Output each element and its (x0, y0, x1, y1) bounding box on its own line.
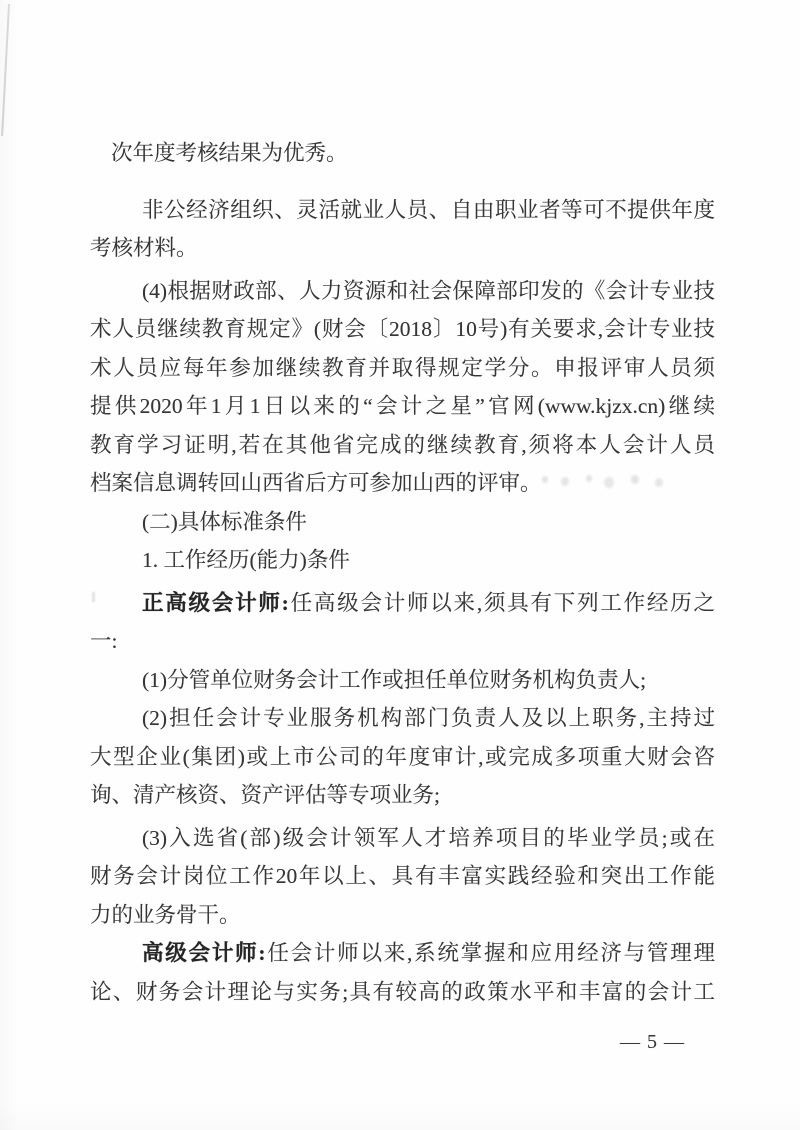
term-label-bold: 正高级会计师: (142, 591, 289, 615)
document-line: (2)担任会计专业服务机构部门负责人及以上职务,主持过 (90, 699, 715, 738)
scan-artifact-edge-line (1, 4, 9, 136)
scan-artifact-smudge (542, 476, 548, 483)
document-subsection-heading: 1. 工作经历(能力)条件 (90, 541, 715, 580)
line-text: 论、财务会计理论与实务;具有较高的政策水平和丰富的会计工 (90, 980, 715, 1004)
line-text: (3)入选省(部)级会计领军人才培养项目的毕业学员;或在 (142, 826, 715, 850)
document-line: 教育学习证明,若在其他省完成的继续教育,须将本人会计人员 (90, 426, 715, 465)
document-line: 次年度考核结果为优秀。 (90, 134, 715, 173)
document-line: 术人员应每年参加继续教育并取得规定学分。申报评审人员须 (90, 349, 715, 388)
document-line: 力的业务骨干。 (90, 896, 715, 935)
line-text: 术人员继续教育规定》(财会〔2018〕10号)有关要求,会计专业技 (90, 317, 715, 341)
scan-artifact-dot (92, 592, 95, 602)
document-line: (3)入选省(部)级会计领军人才培养项目的毕业学员;或在 (90, 819, 715, 858)
document-line: 询、清产核资、资产评估等专项业务; (90, 776, 715, 815)
document-line: 财务会计岗位工作20年以上、具有丰富实践经验和突出工作能 (90, 857, 715, 896)
document-line: 考核材料。 (90, 229, 715, 268)
line-text: 教育学习证明,若在其他省完成的继续教育,须将本人会计人员 (90, 433, 715, 457)
term-label-bold: 高级会计师: (142, 941, 266, 965)
document-line: 提供2020年1月1日以来的“会计之星”官网(www.kjzx.cn)继续 (90, 387, 715, 426)
document-line: 大型企业(集团)或上市公司的年度审计,或完成多项重大财会咨 (90, 738, 715, 777)
document-line: (4)根据财政部、人力资源和社会保障部印发的《会计专业技 (90, 272, 715, 311)
document-line: 非公经济组织、灵活就业人员、自由职业者等可不提供年度 (90, 191, 715, 230)
line-text: 提供2020年1月1日以来的“会计之星”官网(www.kjzx.cn)继续 (90, 394, 715, 418)
line-text: (1)分管单位财务会计工作或担任单位财务机构负责人; (142, 668, 646, 692)
line-text: 考核材料。 (90, 236, 198, 260)
line-text: 力的业务骨干。 (90, 903, 241, 927)
document-line: 档案信息调转回山西省后方可参加山西的评审。 (90, 464, 715, 503)
line-text: 大型企业(集团)或上市公司的年度审计,或完成多项重大财会咨 (90, 745, 715, 769)
line-text: 非公经济组织、灵活就业人员、自由职业者等可不提供年度 (142, 198, 715, 222)
line-text: 任会计师以来,系统掌握和应用经济与管理理 (266, 941, 715, 965)
line-text: 询、清产核资、资产评估等专项业务; (90, 783, 440, 807)
line-text: 1. 工作经历(能力)条件 (142, 548, 350, 572)
document-line: 论、财务会计理论与实务;具有较高的政策水平和丰富的会计工 (90, 973, 715, 1012)
line-text: (4)根据财政部、人力资源和社会保障部印发的《会计专业技 (142, 279, 715, 303)
line-text: 财务会计岗位工作20年以上、具有丰富实践经验和突出工作能 (90, 864, 715, 888)
line-text: 术人员应每年参加继续教育并取得规定学分。申报评审人员须 (90, 356, 715, 380)
document-line: 高级会计师:任会计师以来,系统掌握和应用经济与管理理 (90, 934, 715, 973)
line-text: (二)具体标准条件 (142, 510, 307, 534)
page-number: — 5 — (620, 1031, 710, 1054)
line-text: 次年度考核结果为优秀。 (111, 141, 348, 165)
document-line: (1)分管单位财务会计工作或担任单位财务机构负责人; (90, 661, 715, 700)
line-text: 任高级会计师以来,须具有下列工作经历之 (289, 591, 715, 615)
document-section-heading: (二)具体标准条件 (90, 503, 715, 542)
document-line: 术人员继续教育规定》(财会〔2018〕10号)有关要求,会计专业技 (90, 310, 715, 349)
document-body: 次年度考核结果为优秀。 非公经济组织、灵活就业人员、自由职业者等可不提供年度 考… (90, 134, 715, 1011)
line-text: 一: (90, 629, 117, 653)
document-line: 一: (90, 622, 715, 661)
line-text: 档案信息调转回山西省后方可参加山西的评审。 (90, 471, 542, 495)
line-text: (2)担任会计专业服务机构部门负责人及以上职务,主持过 (142, 706, 715, 730)
scanned-document-page: 次年度考核结果为优秀。 非公经济组织、灵活就业人员、自由职业者等可不提供年度 考… (0, 0, 800, 1130)
document-line: 正高级会计师:任高级会计师以来,须具有下列工作经历之 (90, 584, 715, 623)
